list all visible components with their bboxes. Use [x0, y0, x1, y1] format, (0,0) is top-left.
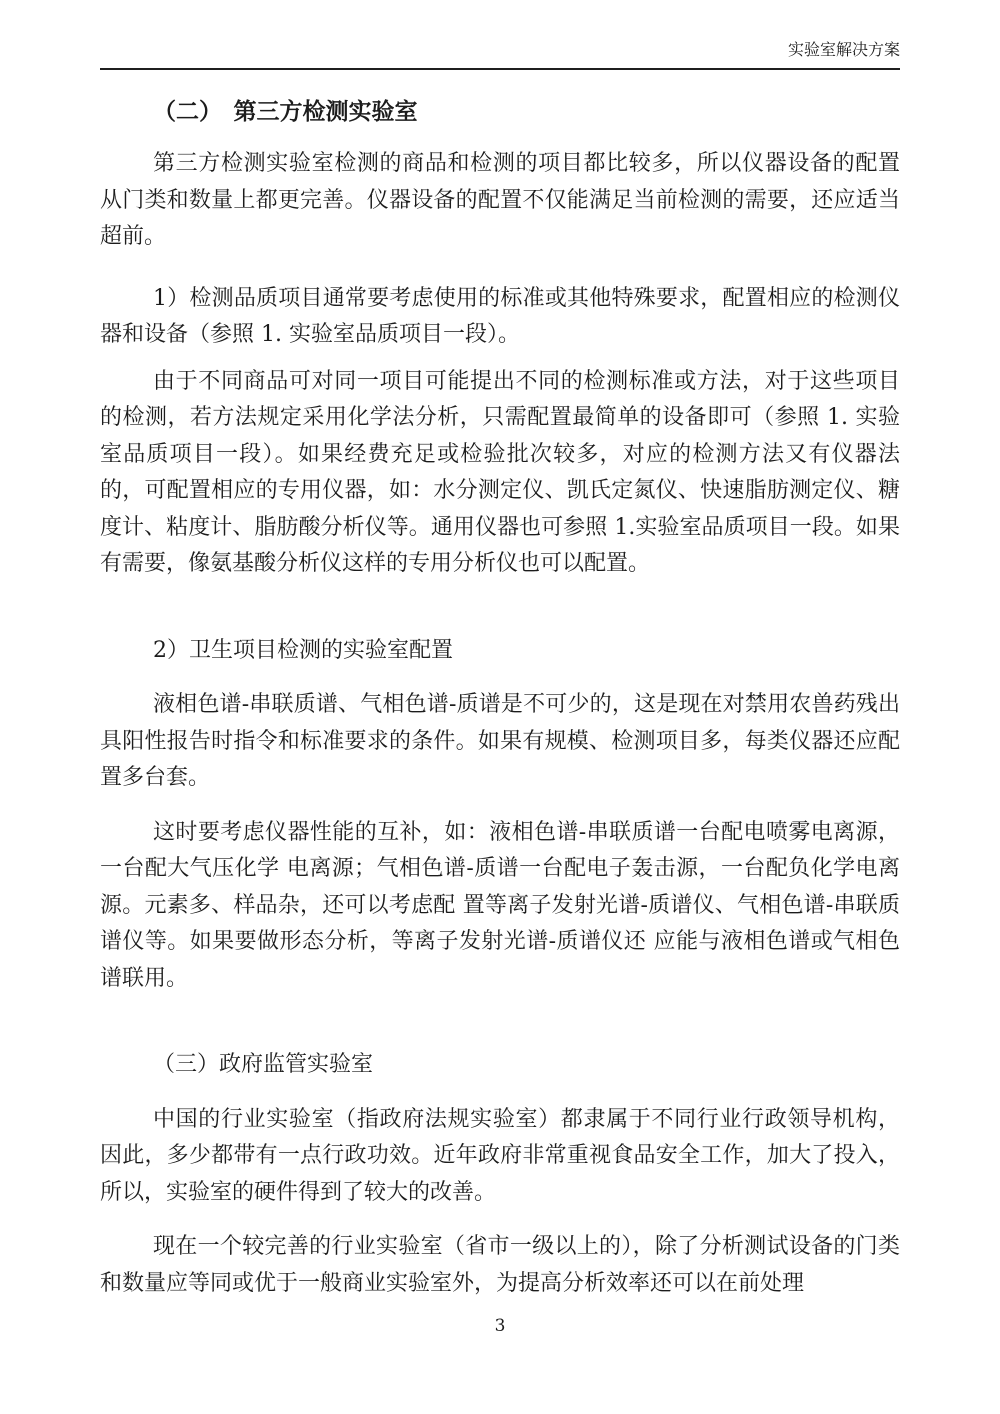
- paragraph-chromatography: 液相色谱-串联质谱、气相色谱-质谱是不可少的，这是现在对禁用农兽药残出具阳性报告…: [100, 687, 900, 797]
- subsection-heading-hygiene: 2）卫生项目检测的实验室配置: [100, 633, 900, 670]
- paragraph-methods-equipment: 由于不同商品可对同一项目可能提出不同的检测标准或方法，对于这些项目的检测，若方法…: [100, 364, 900, 583]
- page-number: 3: [495, 1316, 506, 1336]
- section-heading-three: （三）政府监管实验室: [100, 1047, 900, 1084]
- paragraph-intro: 第三方检测实验室检测的商品和检测的项目都比较多，所以仪器设备的配置从门类和数量上…: [100, 146, 900, 256]
- document-page: 实验室解决方案 （二） 第三方检测实验室 第三方检测实验室检测的商品和检测的项目…: [0, 0, 1000, 1414]
- paragraph-industry-lab: 现在一个较完善的行业实验室（省市一级以上的），除了分析测试设备的门类和数量应等同…: [100, 1229, 900, 1302]
- paragraph-quality-items: 1）检测品质项目通常要考虑使用的标准或其他特殊要求，配置相应的检测仪器和设备（参…: [100, 281, 900, 354]
- page-footer: 3: [0, 1316, 1000, 1336]
- running-head: 实验室解决方案: [788, 40, 900, 59]
- document-body: （二） 第三方检测实验室 第三方检测实验室检测的商品和检测的项目都比较多，所以仪…: [100, 96, 900, 1302]
- paragraph-government-labs: 中国的行业实验室（指政府法规实验室）都隶属于不同行业行政领导机构，因此，多少都带…: [100, 1102, 900, 1212]
- page-header: 实验室解决方案: [100, 0, 900, 70]
- paragraph-instrument-complement: 这时要考虑仪器性能的互补，如：液相色谱-串联质谱一台配电喷雾电离源，一台配大气压…: [100, 815, 900, 998]
- section-heading-two: （二） 第三方检测实验室: [100, 96, 900, 128]
